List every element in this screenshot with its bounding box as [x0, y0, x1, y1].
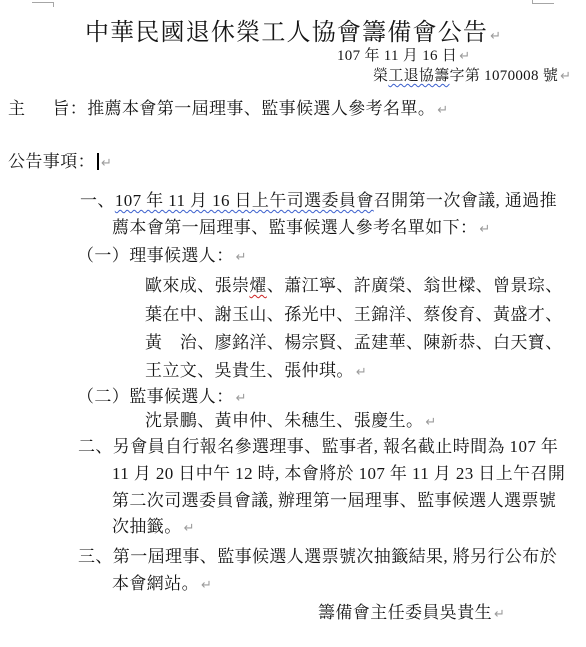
paragraph-mark-icon: ↵: [101, 156, 112, 171]
item3-line1: 三、第一屆理事、監事候選人選票號次抽籤結果, 將另行公布於: [78, 547, 557, 567]
item2-line1: 二、另會員自行報名參選理事、監事者, 報名截止時間為 107 年: [78, 437, 558, 457]
directors-names-line4: 王立文、吳貴生、張仲琪。↵: [145, 361, 367, 383]
paragraph-mark-icon: ↵: [201, 578, 212, 593]
item3-line1-text: 三、第一屆理事、監事候選人選票號次抽籤結果, 將另行公布於: [78, 547, 557, 566]
signature-text: 籌備會主任委員吳貴生: [318, 603, 492, 622]
directors-names1-pre: 歐來成、張崇: [145, 276, 249, 295]
directors-names-line1: 歐來成、張崇燿、蕭江寧、許廣榮、翁世樑、曾景琮、: [145, 276, 563, 296]
ref-suffix: 字第 1070008 號: [450, 68, 559, 84]
paragraph-mark-icon: ↵: [479, 222, 490, 237]
item2-line4: 次抽籤。↵: [112, 517, 195, 539]
paragraph-mark-icon: ↵: [459, 49, 470, 64]
margin-crop-mark-top-left: [32, 2, 54, 7]
item2-line1-text: 二、另會員自行報名參選理事、監事者, 報名截止時間為 107 年: [78, 437, 558, 456]
item1-number: 一、: [80, 191, 115, 210]
announcement-items-label: 公告事項：: [8, 152, 95, 171]
directors-names3-text: 黃 治、廖銘洋、楊宗賢、孟建華、陳新恭、白天寶、: [145, 333, 563, 352]
date-line: 107 年 11 月 16 日↵: [337, 46, 470, 67]
item3-line2: 本會網站。↵: [112, 574, 212, 596]
directors-names-line2: 葉在中、謝玉山、孫光中、王錦洋、蔡俊育、黃盛才、: [145, 305, 563, 325]
date-text: 107 年 11 月 16 日: [337, 48, 457, 64]
item3-line2-text: 本會網站。: [112, 574, 199, 593]
directors-names1-post: 、蕭江寧、許廣榮、翁世樑、曾景琮、: [267, 276, 563, 295]
paragraph-mark-icon: ↵: [425, 415, 436, 430]
item2-line4-text: 次抽籤。: [112, 517, 182, 536]
subject-label-second: 旨：: [52, 99, 87, 118]
word-document-page[interactable]: 中華民國退休榮工人協會籌備會公告↵ 107 年 11 月 16 日↵ 榮工退協籌…: [0, 0, 586, 647]
paragraph-mark-icon: ↵: [356, 365, 367, 380]
paragraph-mark-icon: ↵: [236, 391, 247, 406]
directors-names-line3: 黃 治、廖銘洋、楊宗賢、孟建華、陳新恭、白天寶、: [145, 333, 563, 353]
supervisors-heading-line: （二）監事候選人：↵: [77, 387, 247, 409]
item1-rest: 召開第一次會議, 通過推: [374, 191, 557, 210]
document-title-line: 中華民國退休榮工人協會籌備會公告↵: [0, 12, 586, 47]
directors-names1-misspelled: 燿: [249, 276, 266, 295]
paragraph-mark-icon: ↵: [560, 69, 571, 84]
item1-line2-text: 薦本會第一屆理事、監事候選人參考名單如下：: [112, 218, 477, 237]
paragraph-mark-icon: ↵: [490, 29, 501, 44]
paragraph-mark-icon: ↵: [184, 521, 195, 536]
subject-text: 推薦本會第一屆理事、監事候選人參考名單。: [87, 99, 435, 118]
ref-flagged-text: 工退協籌: [388, 68, 449, 84]
margin-crop-mark-top-right: [532, 0, 554, 4]
supervisors-heading: （二）監事候選人：: [77, 387, 234, 406]
subject-line: 主旨：推薦本會第一屆理事、監事候選人參考名單。↵: [8, 99, 448, 121]
supervisors-names-line: 沈景鵬、黃申仲、朱穗生、張慶生。↵: [145, 411, 436, 433]
directors-names4-text: 王立文、吳貴生、張仲琪。: [145, 361, 354, 380]
reference-number-line: 榮工退協籌字第 1070008 號↵: [373, 66, 571, 87]
announcement-items-label-line: 公告事項：↵: [8, 152, 112, 174]
signature-line: 籌備會主任委員吳貴生↵: [318, 603, 505, 625]
item2-line2: 11 月 20 日中午 12 時, 本會將於 107 年 11 月 23 日上午…: [112, 464, 565, 484]
item1-line1: 一、107 年 11 月 16 日上午司選委員會召開第一次會議, 通過推: [80, 191, 557, 211]
document-title: 中華民國退休榮工人協會籌備會公告: [85, 20, 488, 46]
item1-line2: 薦本會第一屆理事、監事候選人參考名單如下：↵: [112, 218, 490, 240]
subject-label-first: 主: [8, 99, 25, 118]
paragraph-mark-icon: ↵: [437, 103, 448, 118]
ref-prefix: 榮: [373, 68, 388, 84]
item2-line2-text: 11 月 20 日中午 12 時, 本會將於 107 年 11 月 23 日上午…: [112, 464, 565, 483]
paragraph-mark-icon: ↵: [236, 250, 247, 265]
item2-line3-text: 第二次司選委員會議, 辦理第一屆理事、監事候選人選票號: [112, 491, 556, 510]
text-cursor: [97, 153, 99, 170]
directors-heading-line: （一）理事候選人：↵: [77, 246, 247, 268]
directors-names2-text: 葉在中、謝玉山、孫光中、王錦洋、蔡俊育、黃盛才、: [145, 305, 563, 324]
supervisors-names-text: 沈景鵬、黃申仲、朱穗生、張慶生。: [145, 411, 423, 430]
item1-flagged-text: 107 年 11 月 16 日上午司選委員會: [115, 191, 374, 210]
paragraph-mark-icon: ↵: [494, 607, 505, 622]
item2-line3: 第二次司選委員會議, 辦理第一屆理事、監事候選人選票號: [112, 491, 556, 511]
directors-heading: （一）理事候選人：: [77, 246, 234, 265]
